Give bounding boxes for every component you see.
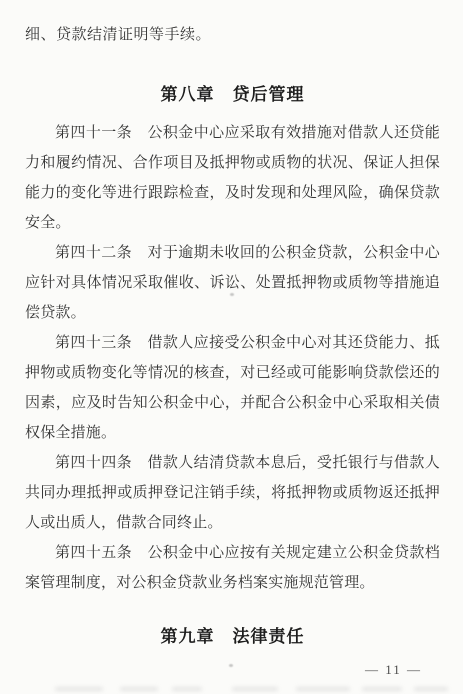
scan-artifact [362,687,402,691]
article-43-paragraph: 第四十三条 借款人应接受公积金中心对其还贷能力、抵押物或质物变化等情况的核查，对… [25,328,440,448]
article-45-paragraph: 第四十五条 公积金中心应按有关规定建立公积金贷款档案管理制度，对公积金贷款业务档… [25,538,440,598]
scan-speck [229,664,233,667]
scan-artifact [296,687,350,691]
article-42-paragraph: 第四十二条 对于逾期未收回的公积金贷款，公积金中心应针对具体情况采取催收、诉讼、… [25,238,440,328]
scan-artifact [55,687,103,691]
scan-artifact [232,687,278,691]
article-41-paragraph: 第四十一条 公积金中心应采取有效措施对借款人还贷能力和履约情况、合作项目及抵押物… [25,118,440,238]
page-content: 细、贷款结清证明等手续。 第八章 贷后管理 第四十一条 公积金中心应采取有效措施… [0,0,463,678]
continuation-line: 细、贷款结清证明等手续。 [25,20,440,50]
scan-artifact [120,687,158,691]
article-44-paragraph: 第四十四条 借款人结清贷款本息后，受托银行与借款人共同办理抵押或质押登记注销手续… [25,448,440,538]
scan-artifact [414,687,448,691]
chapter-8-heading: 第八章 贷后管理 [25,83,440,107]
chapter-9-heading: 第九章 法律责任 [25,625,440,649]
scan-speck [230,293,234,296]
scan-artifact [172,687,202,691]
document-page: 细、贷款结清证明等手续。 第八章 贷后管理 第四十一条 公积金中心应采取有效措施… [0,0,463,694]
